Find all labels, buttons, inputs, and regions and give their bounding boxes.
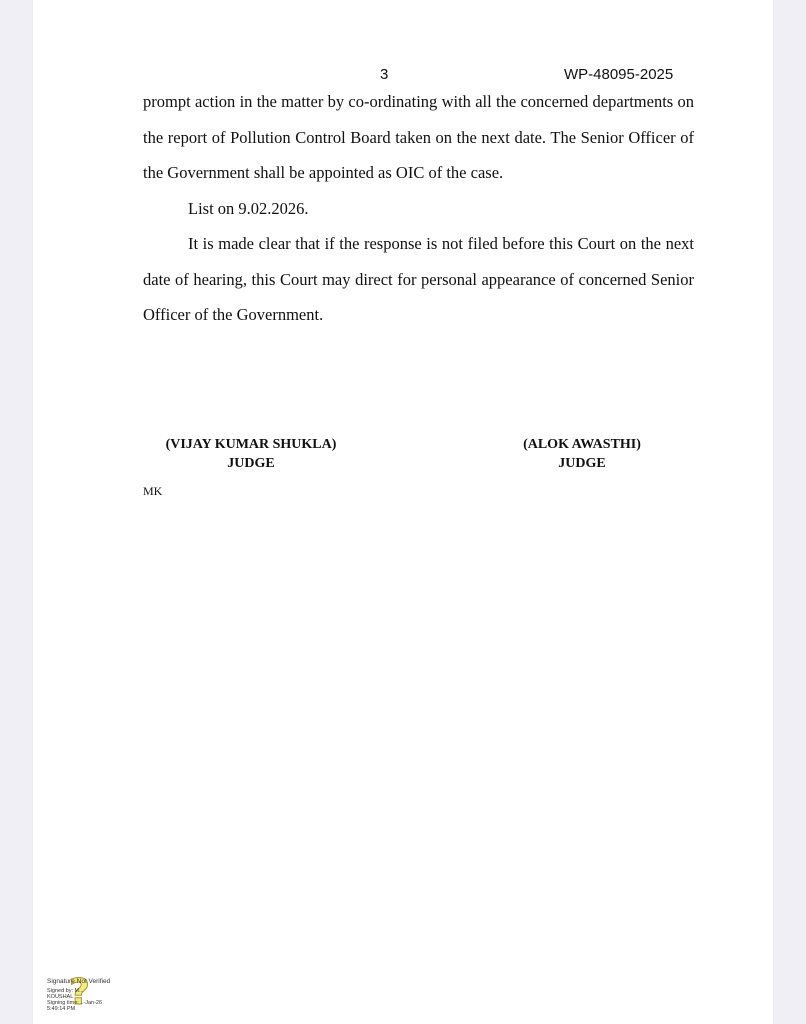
document-page: 3 WP-48095-2025 prompt action in the mat… bbox=[33, 0, 773, 1024]
page-number: 3 bbox=[380, 66, 388, 83]
paragraph-warning: It is made clear that if the response is… bbox=[143, 226, 694, 333]
paragraph-directions: prompt action in the matter by co-ordina… bbox=[143, 84, 694, 191]
typist-initials: MK bbox=[143, 484, 162, 499]
judge-name: (VIJAY KUMAR SHUKLA) bbox=[143, 435, 359, 454]
judge-name: (ALOK AWASTHI) bbox=[499, 435, 665, 454]
paragraph-listing-date: List on 9.02.2026. bbox=[143, 191, 694, 227]
signature-block-right: (ALOK AWASTHI) JUDGE bbox=[499, 435, 665, 473]
signature-status: Signature Not Verified bbox=[47, 978, 110, 985]
digital-signature-stamp[interactable]: ? Signature Not Verified Signed by: M...… bbox=[47, 975, 127, 1015]
signing-time: 5:49:14 PM bbox=[47, 1006, 75, 1012]
judge-title: JUDGE bbox=[143, 454, 359, 473]
case-number: WP-48095-2025 bbox=[564, 66, 673, 83]
judge-title: JUDGE bbox=[499, 454, 665, 473]
signature-block-left: (VIJAY KUMAR SHUKLA) JUDGE bbox=[143, 435, 359, 473]
order-body: prompt action in the matter by co-ordina… bbox=[143, 84, 694, 333]
